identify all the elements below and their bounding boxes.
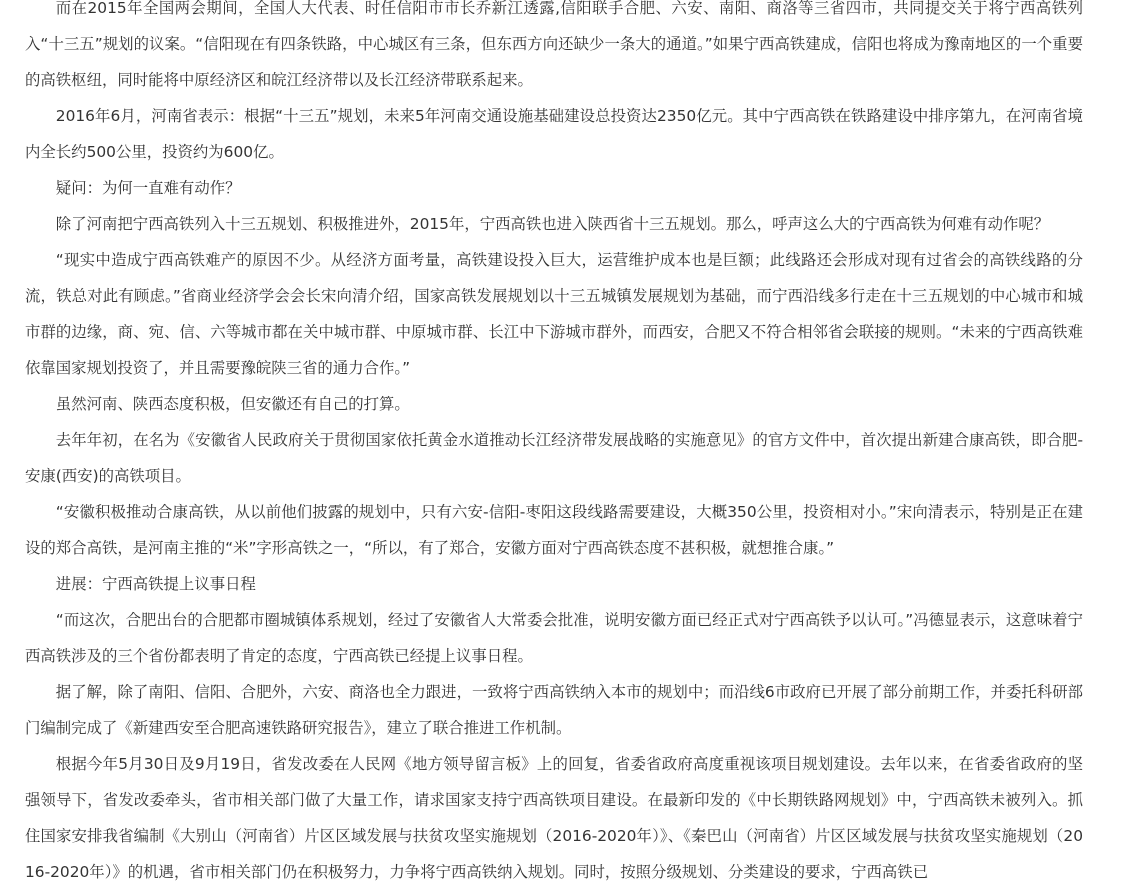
paragraph: 据了解，除了南阳、信阳、合肥外，六安、商洛也全力跟进，一致将宁西高铁纳入本市的规… <box>25 674 1083 746</box>
paragraph: “现实中造成宁西高铁难产的原因不少。从经济方面考量，高铁建设投入巨大，运营维护成… <box>25 242 1083 386</box>
paragraph: 去年年初，在名为《安徽省人民政府关于贯彻国家依托黄金水道推动长江经济带发展战略的… <box>25 422 1083 494</box>
paragraph: 虽然河南、陕西态度积极，但安徽还有自己的打算。 <box>25 386 1083 422</box>
paragraph: 根据今年5月30日及9月19日，省发改委在人民网《地方领导留言板》上的回复，省委… <box>25 746 1083 882</box>
paragraph: 而在2015年全国两会期间，全国人大代表、时任信阳市市长乔新江透露,信阳联手合肥… <box>25 0 1083 98</box>
paragraph: 除了河南把宁西高铁列入十三五规划、积极推进外，2015年，宁西高铁也进入陕西省十… <box>25 206 1083 242</box>
paragraph: 2016年6月，河南省表示：根据“十三五”规划，未来5年河南交通设施基础建设总投… <box>25 98 1083 170</box>
article-body: 而在2015年全国两会期间，全国人大代表、时任信阳市市长乔新江透露,信阳联手合肥… <box>25 0 1083 882</box>
paragraph: “安徽积极推动合康高铁，从以前他们披露的规划中，只有六安-信阳-枣阳这段线路需要… <box>25 494 1083 566</box>
section-heading: 进展：宁西高铁提上议事日程 <box>25 566 1083 602</box>
paragraph: “而这次，合肥出台的合肥都市圈城镇体系规划，经过了安徽省人大常委会批准，说明安徽… <box>25 602 1083 674</box>
section-heading: 疑问：为何一直难有动作？ <box>25 170 1083 206</box>
